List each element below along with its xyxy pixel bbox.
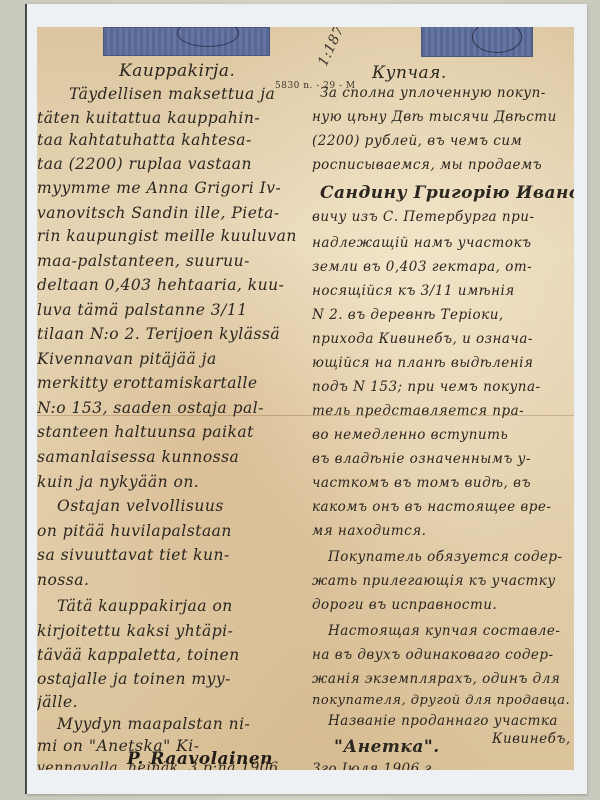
text-line: stanteen haltuunsa paikat	[37, 423, 254, 441]
text-line: тель представляется пра-	[312, 403, 524, 419]
text-line: земли въ 0,403 гектара, от-	[312, 259, 532, 275]
text-line: вичу изъ С. Петербурга при-	[312, 209, 535, 225]
finnish-signature: P. Raavolainen	[127, 749, 273, 769]
text-line: дороги въ исправности.	[312, 597, 497, 613]
text-line: taa (2200) ruplaa vastaan	[37, 155, 252, 173]
text-line: tävää kappaletta, toinen	[37, 646, 240, 664]
text-line: deltaan 0,403 hehtaaria, kuu-	[37, 276, 284, 294]
text-line: на въ двухъ одинаковаго содер-	[312, 647, 554, 663]
text-line: luva tämä palstanne 3/11	[37, 301, 248, 319]
text-line: on pitää huvilapalstaan	[37, 522, 232, 540]
date-line: 3го Iюля 1906 г.	[312, 761, 437, 770]
text-line: Кивинебъ,	[492, 731, 571, 747]
text-line: ostajalle ja toinen myy-	[37, 670, 231, 688]
text-line: часткомъ въ томъ видѣ, въ	[312, 475, 531, 491]
buyer-name-line: Сандину Григорiю Ивано-	[320, 183, 574, 203]
text-line: жанiя экземплярахъ, одинъ для	[312, 671, 560, 687]
text-line: во немедленно вступить	[312, 427, 508, 443]
text-line: покупателя, другой для продавца.	[312, 693, 570, 708]
text-line: täten kuitattua kauppahin-	[37, 109, 260, 127]
text-line: прихода Кивинебъ, и означа-	[312, 331, 533, 347]
text-line: ющiйся на планѣ выдѣленiя	[312, 355, 533, 371]
text-line: nossa.	[37, 571, 89, 589]
text-line: ную цѣну Двѣ тысячи Двѣсти	[312, 109, 557, 125]
text-line: Настоящая купчая составле-	[328, 623, 560, 639]
text-line: rin kaupungist meille kuuluvan	[37, 227, 297, 245]
text-line: носящiйся къ 3/11 имѣнiя	[312, 283, 515, 299]
text-line: taa kahtatuhatta kahtesa-	[37, 131, 252, 149]
text-line: sa sivuuttavat tiet kun-	[37, 546, 230, 564]
text-line: jälle.	[37, 693, 78, 711]
text-line: Названiе проданнаго участка	[328, 713, 558, 729]
deed-document: 1:187 5830 n. - 29 - M Kauppakirja. Täyd…	[37, 27, 574, 770]
text-line: въ владѣнiе означеннымъ у-	[312, 451, 531, 467]
text-line: мя находится.	[312, 523, 426, 539]
text-line: vanovitsch Sandin ille, Pieta-	[37, 204, 280, 222]
text-line: tilaan N:o 2. Terijoen kylässä	[37, 325, 280, 343]
text-line: росписываемся, мы продаемъ	[312, 157, 542, 173]
text-line: жать прилегающiя къ участку	[312, 573, 556, 589]
text-line: Myydyn maapalstan ni-	[57, 715, 250, 733]
text-line: (2200) рублей, въ чемъ сим	[312, 133, 522, 149]
text-line: Kivennavan pitäjää ja	[37, 350, 217, 368]
russian-title: Купчая.	[372, 63, 447, 83]
text-line: надлежащiй намъ участокъ	[312, 235, 532, 251]
corner-note: 1:187	[315, 27, 348, 69]
text-line: myymme me Anna Grigori Iv-	[37, 179, 281, 197]
text-line: samanlaisessa kunnossa	[37, 448, 239, 466]
text-line: какомъ онъ въ настоящее вре-	[312, 499, 551, 515]
finnish-title: Kauppakirja.	[119, 61, 235, 81]
text-line: N:o 153, saaden ostaja pal-	[37, 399, 264, 417]
text-line: maa-palstanteen, suuruu-	[37, 252, 250, 270]
text-line: Покупатель обязуется содер-	[328, 549, 563, 565]
text-line: За сполна уплоченную покуп-	[320, 85, 546, 101]
text-line: подъ N 153; при чемъ покупа-	[312, 379, 541, 395]
text-line: merkitty erottamiskartalle	[37, 374, 258, 392]
text-line: kuin ja nykyään on.	[37, 473, 199, 491]
text-line: Tätä kauppakirjaa on	[57, 597, 233, 615]
text-line: Täydellisen maksettua ja	[69, 85, 275, 103]
text-line: N 2. въ деревнѣ Терiоки,	[312, 307, 504, 323]
parcel-name: "Анетка".	[334, 737, 440, 757]
text-line: Ostajan velvollisuus	[57, 497, 224, 515]
text-line: kirjoitettu kaksi yhtäpi-	[37, 622, 233, 640]
